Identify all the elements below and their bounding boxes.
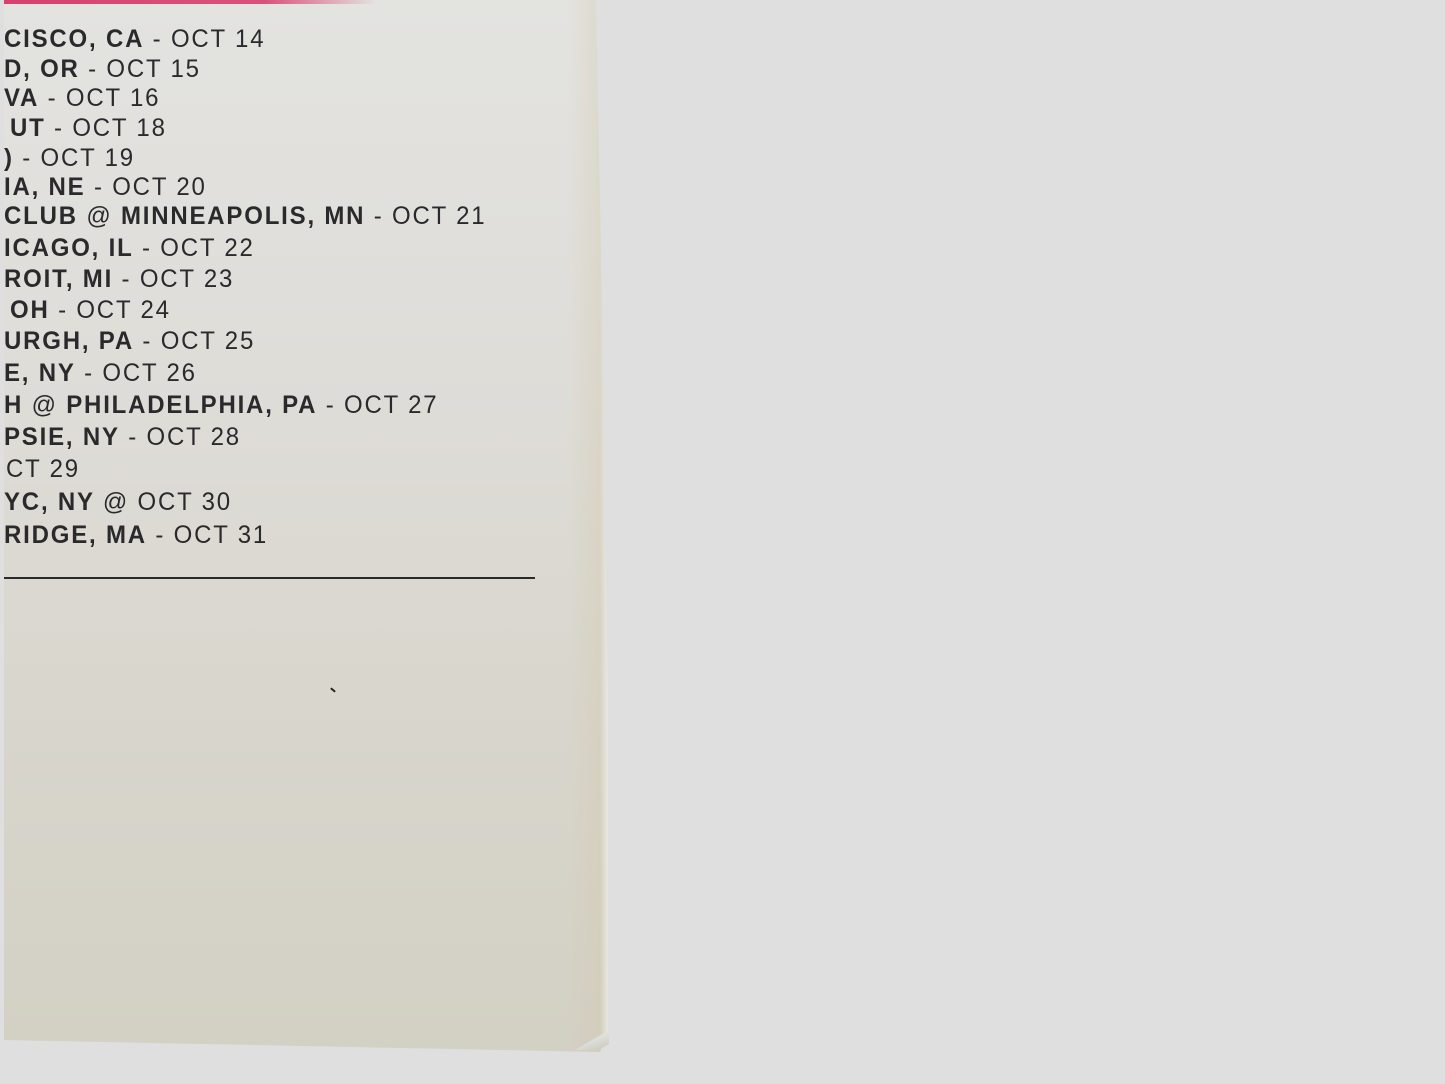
venue-city: D, OR	[4, 55, 80, 83]
venue-city: URGH, PA	[4, 327, 134, 355]
separator: -	[113, 265, 140, 293]
tour-date-row: URGH, PA - OCT 25	[4, 329, 255, 354]
at-symbol: @	[103, 488, 129, 516]
show-date: CT 29	[6, 455, 80, 483]
venue-city: CLUB @ MINNEAPOLIS, MN	[4, 202, 365, 230]
tour-date-row: ROIT, MI - OCT 23	[4, 267, 234, 292]
venue-city: VA	[4, 84, 39, 112]
tour-date-row: IA, NE - OCT 20	[4, 175, 207, 200]
at-symbol: @	[86, 202, 112, 230]
show-date: OCT 21	[392, 202, 486, 230]
venue-city: IA, NE	[4, 173, 85, 201]
separator: -	[134, 234, 161, 262]
separator: -	[50, 296, 77, 324]
separator: -	[147, 521, 174, 549]
venue-city: )	[4, 144, 14, 172]
separator: -	[85, 173, 112, 201]
show-date: OCT 31	[174, 521, 268, 549]
venue-city: PSIE, NY	[4, 423, 120, 451]
tour-date-row: YC, NY @ OCT 30	[4, 490, 232, 515]
separator: -	[80, 55, 107, 83]
show-date: OCT 16	[66, 84, 160, 112]
venue-city: ROIT, MI	[4, 265, 113, 293]
venue-city: H @ PHILADELPHIA, PA	[4, 391, 317, 419]
show-date: OCT 23	[140, 265, 234, 293]
tour-date-row: D, OR - OCT 15	[4, 57, 201, 82]
venue-city: YC, NY @	[4, 488, 129, 516]
separator: -	[134, 327, 161, 355]
tour-date-row: E, NY - OCT 26	[4, 361, 197, 386]
show-date: OCT 22	[160, 234, 254, 262]
venue-city: CISCO, CA	[4, 25, 144, 53]
separator	[129, 488, 137, 516]
tour-date-row: UT - OCT 18	[10, 116, 167, 141]
tour-date-row: CT 29	[6, 457, 80, 482]
separator: -	[39, 84, 66, 112]
divider-line	[4, 577, 535, 579]
separator: -	[46, 114, 73, 142]
tour-date-list: CISCO, CA - OCT 14D, OR - OCT 15VA - OCT…	[4, 0, 608, 600]
show-date: OCT 28	[147, 423, 241, 451]
show-date: OCT 25	[161, 327, 255, 355]
venue-city: E, NY	[4, 359, 76, 387]
tour-date-row: CISCO, CA - OCT 14	[4, 27, 265, 52]
venue-city: ICAGO, IL	[4, 234, 134, 262]
separator: -	[76, 359, 103, 387]
venue-city: RIDGE, MA	[4, 521, 147, 549]
tour-date-row: RIDGE, MA - OCT 31	[4, 523, 268, 548]
show-date: OCT 19	[41, 144, 135, 172]
tour-date-row: PSIE, NY - OCT 28	[4, 425, 241, 450]
separator: -	[317, 391, 344, 419]
venue-city: OH	[10, 296, 50, 324]
tour-date-row: CLUB @ MINNEAPOLIS, MN - OCT 21	[4, 204, 486, 229]
separator: -	[14, 144, 41, 172]
separator: -	[365, 202, 392, 230]
tour-date-row: OH - OCT 24	[10, 298, 171, 323]
show-date: OCT 26	[102, 359, 196, 387]
show-date: OCT 14	[171, 25, 265, 53]
show-date: OCT 24	[76, 296, 170, 324]
separator: -	[144, 25, 171, 53]
show-date: OCT 30	[138, 488, 232, 516]
show-date: OCT 20	[112, 173, 206, 201]
tour-date-row: ) - OCT 19	[4, 146, 135, 171]
tour-date-row: H @ PHILADELPHIA, PA - OCT 27	[4, 393, 438, 418]
venue-city: UT	[10, 114, 46, 142]
show-date: OCT 18	[72, 114, 166, 142]
ink-mark	[330, 687, 336, 692]
show-date: OCT 15	[106, 55, 200, 83]
tour-date-row: ICAGO, IL - OCT 22	[4, 236, 255, 261]
tour-date-row: VA - OCT 16	[4, 86, 160, 111]
show-date: OCT 27	[344, 391, 438, 419]
at-symbol: @	[32, 391, 58, 419]
separator: -	[120, 423, 147, 451]
paper-sheet: CISCO, CA - OCT 14D, OR - OCT 15VA - OCT…	[4, 0, 608, 1052]
